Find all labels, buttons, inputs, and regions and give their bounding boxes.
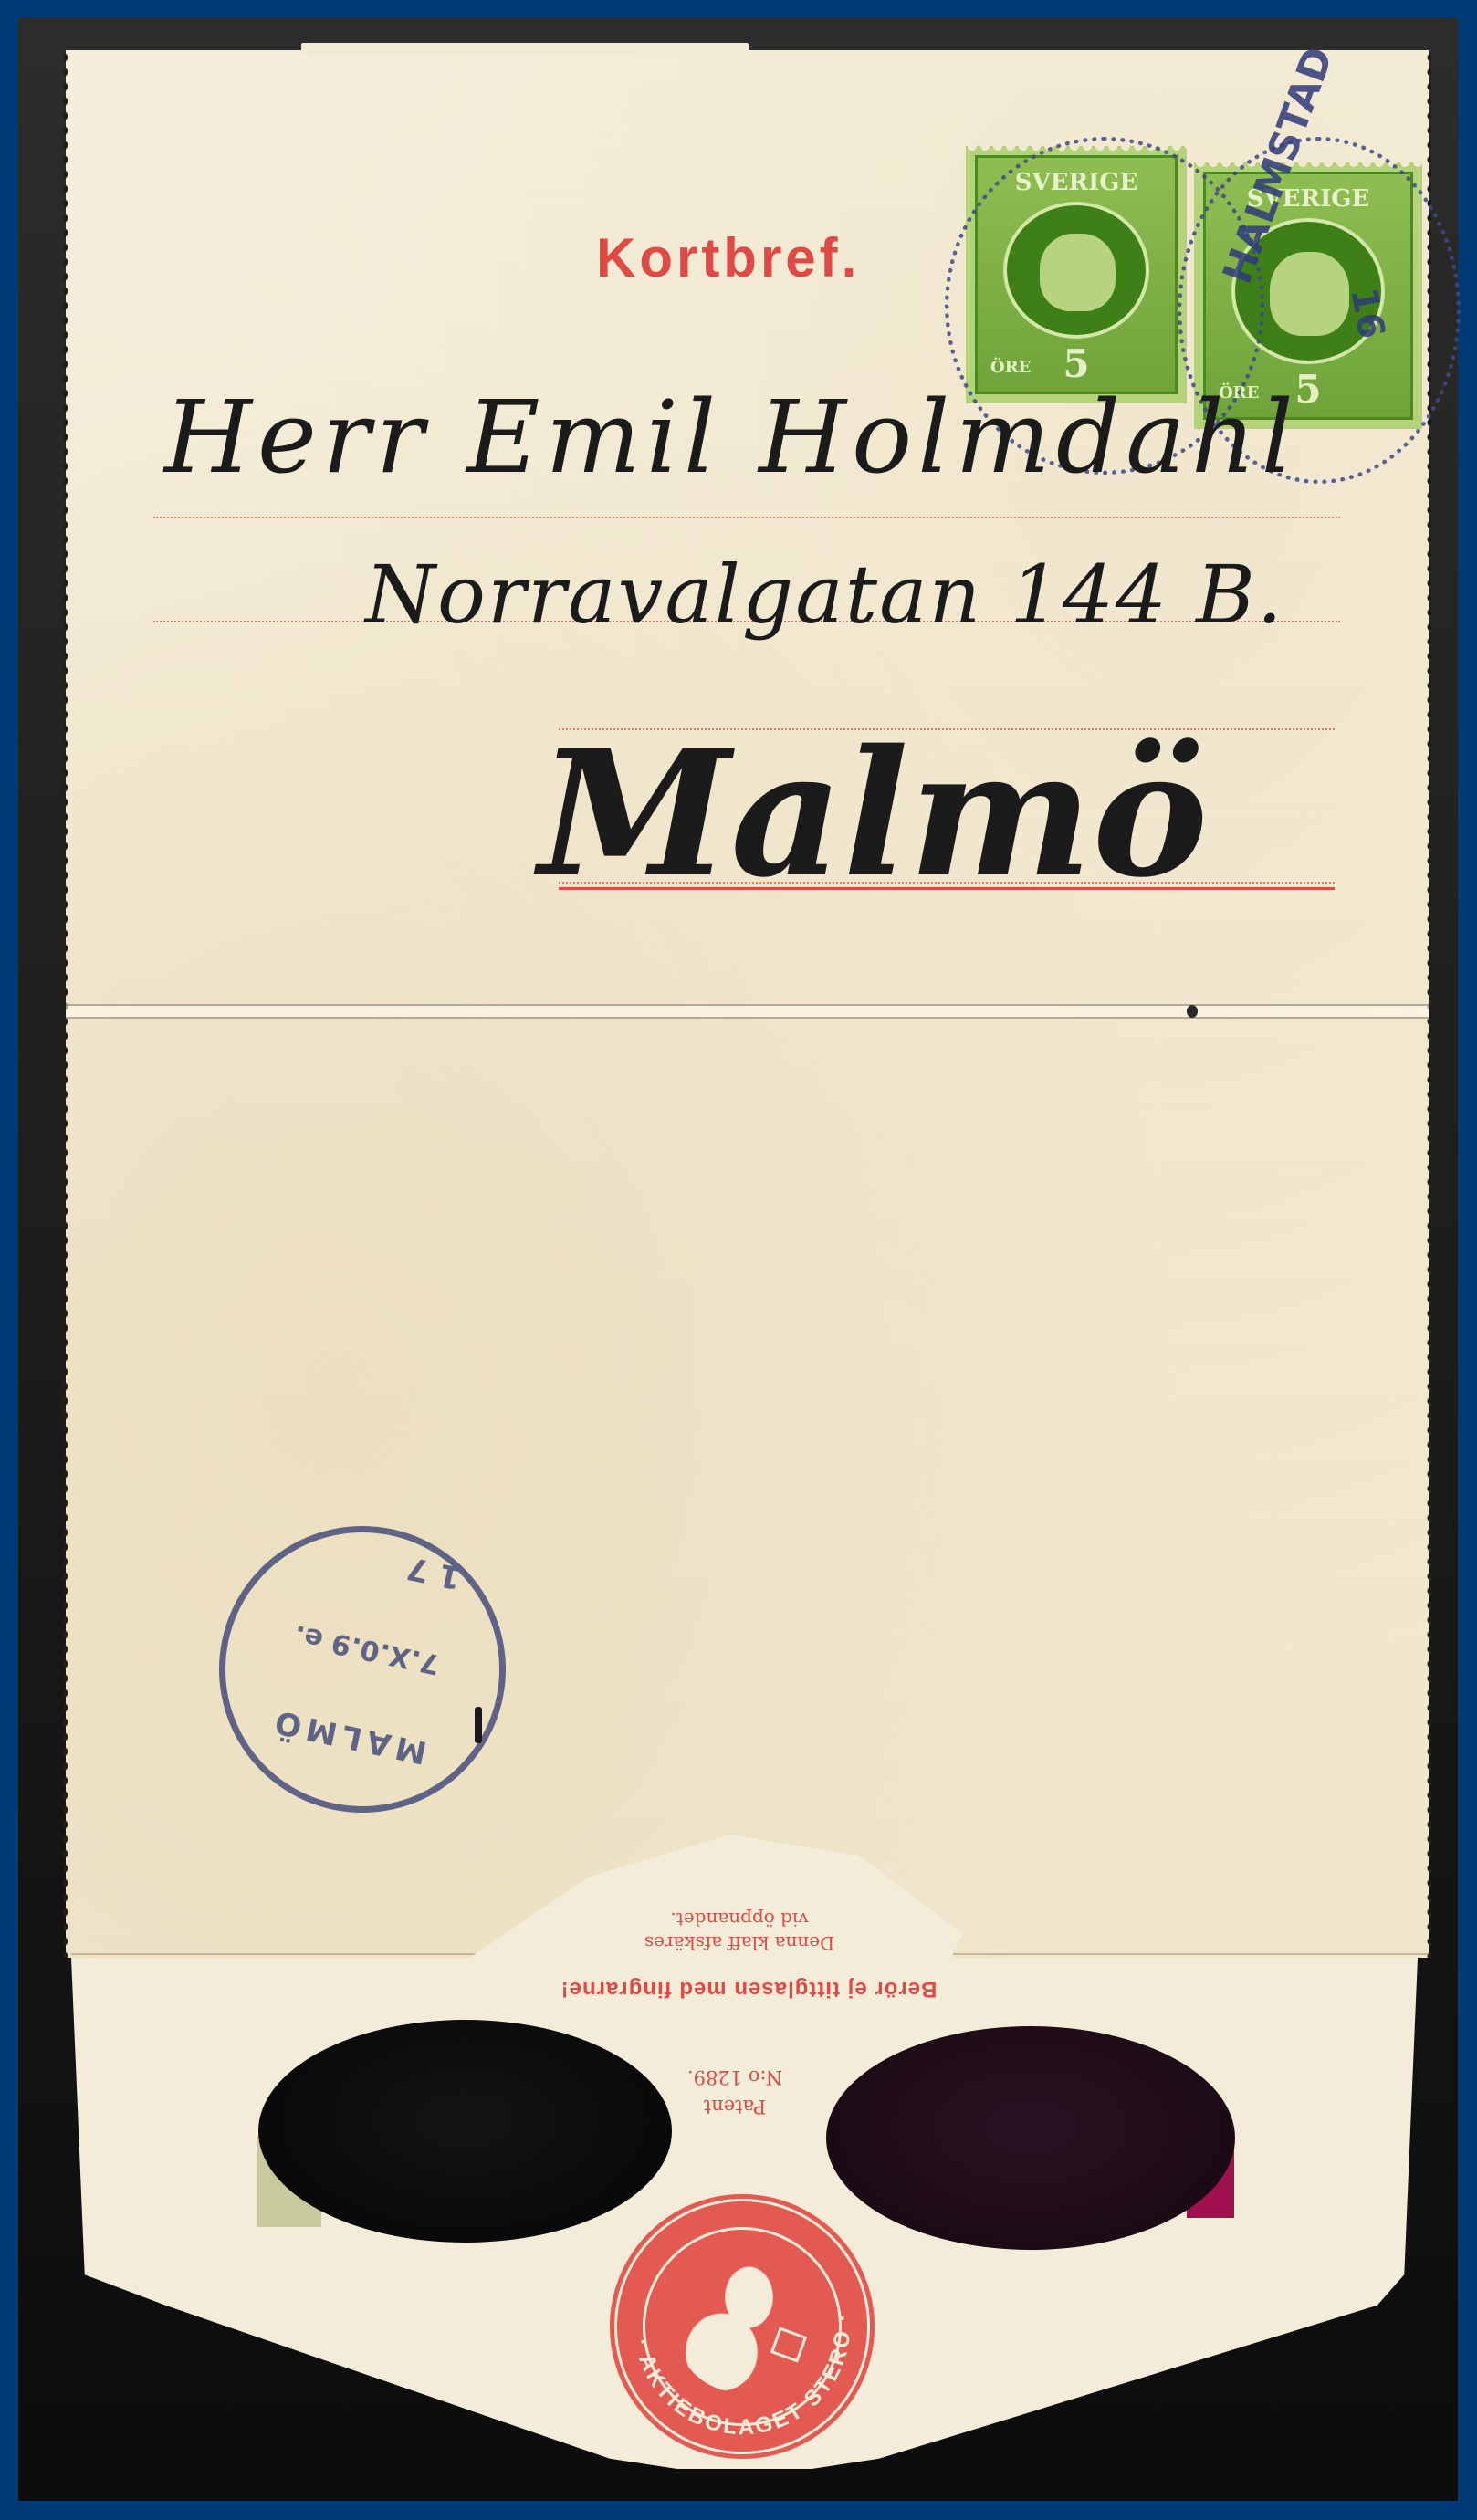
arrival-postmark-town: MALMÖ: [237, 1696, 459, 1777]
patent-line-2: N:o 1289.: [657, 2063, 812, 2092]
seal-figure-icon: [674, 2256, 811, 2393]
stero-company-seal: · AKTIEBOLAGET STERO ·: [610, 2194, 875, 2459]
torn-top-edge: [301, 43, 749, 56]
lens-warning: Berör ej tittglasen med fingrarne!: [493, 1976, 1004, 2002]
recipient-name: Herr Emil Holmdahl: [164, 379, 1299, 496]
fold-crease: [66, 1004, 1429, 1019]
arrival-postmark-date: 7.X.0.9 e.: [247, 1609, 487, 1689]
ink-spot: [1187, 1005, 1198, 1018]
tab-instruction: Denna klaff afskäres vid öppnandet.: [602, 1908, 876, 1955]
recipient-street: Norravalgatan 144 B.: [365, 548, 1284, 642]
address-rule-1: [153, 517, 1340, 518]
tab-instruction-line-2: vid öppnandet.: [602, 1908, 876, 1931]
patent-line-1: Patent: [657, 2092, 812, 2121]
recipient-city: Malmö: [539, 712, 1208, 915]
viewing-lens-right: [826, 2026, 1235, 2250]
ink-blot: [475, 1707, 482, 1743]
card-title: Kortbref.: [596, 226, 860, 289]
patent-label: Patent N:o 1289.: [657, 2063, 812, 2121]
tab-instruction-line-1: Denna klaff afskäres: [602, 1931, 876, 1955]
cancel-postmark-detail: 16: [1342, 285, 1392, 342]
